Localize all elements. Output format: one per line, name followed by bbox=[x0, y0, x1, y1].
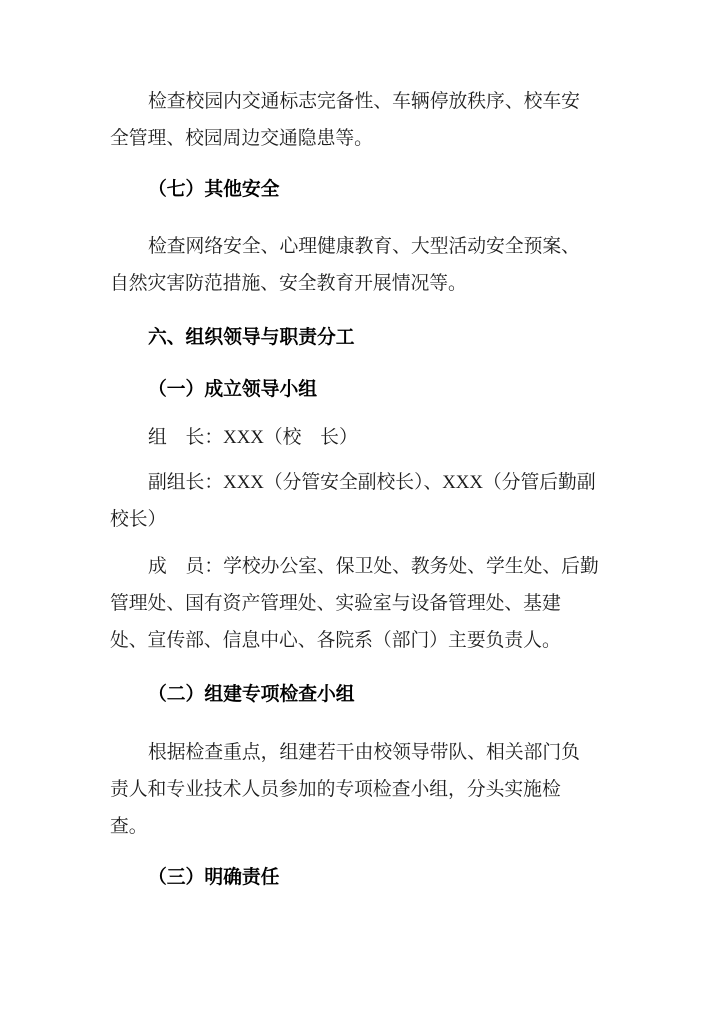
text-line: 组 长：XXX（校 长） bbox=[110, 419, 614, 456]
text-line: 成 员：学校办公室、保卫处、教务处、学生处、后勤 bbox=[110, 548, 614, 585]
text-line: 管理处、国有资产管理处、实验室与设备管理处、基建 bbox=[110, 585, 614, 622]
section-heading: （七）其他安全 bbox=[110, 171, 614, 208]
section-heading: （三）明确责任 bbox=[110, 859, 614, 896]
text-line: 副组长：XXX（分管安全副校长）、XXX（分管后勤副 bbox=[110, 464, 614, 501]
document-content: 检查校园内交通标志完备性、车辆停放秩序、校车安全管理、校园周边交通隐患等。（七）… bbox=[110, 83, 614, 896]
text-line: 处、宣传部、信息中心、各院系（部门）主要负责人。 bbox=[110, 622, 614, 659]
paragraph: 检查网络安全、心理健康教育、大型活动安全预案、自然灾害防范措施、安全教育开展情况… bbox=[110, 228, 614, 302]
heading-text-line: （三）明确责任 bbox=[110, 859, 614, 896]
paragraph: 副组长：XXX（分管安全副校长）、XXX（分管后勤副校长） bbox=[110, 464, 614, 538]
heading-text-line: （二）组建专项检查小组 bbox=[110, 676, 614, 713]
paragraph: 成 员：学校办公室、保卫处、教务处、学生处、后勤管理处、国有资产管理处、实验室与… bbox=[110, 548, 614, 659]
heading-text-line: （七）其他安全 bbox=[110, 171, 614, 208]
text-line: 校长） bbox=[110, 501, 614, 538]
section-heading: 六、组织领导与职责分工 bbox=[110, 319, 614, 356]
text-line: 查。 bbox=[110, 808, 614, 845]
paragraph: 根据检查重点，组建若干由校领导带队、相关部门负责人和专业技术人员参加的专项检查小… bbox=[110, 734, 614, 845]
text-line: 全管理、校园周边交通隐患等。 bbox=[110, 120, 614, 157]
section-heading: （一）成立领导小组 bbox=[110, 371, 614, 408]
paragraph: 组 长：XXX（校 长） bbox=[110, 419, 614, 456]
section-heading: （二）组建专项检查小组 bbox=[110, 676, 614, 713]
paragraph: 检查校园内交通标志完备性、车辆停放秩序、校车安全管理、校园周边交通隐患等。 bbox=[110, 83, 614, 157]
text-line: 责人和专业技术人员参加的专项检查小组，分头实施检 bbox=[110, 771, 614, 808]
text-line: 根据检查重点，组建若干由校领导带队、相关部门负 bbox=[110, 734, 614, 771]
document-page: 检查校园内交通标志完备性、车辆停放秩序、校车安全管理、校园周边交通隐患等。（七）… bbox=[0, 0, 724, 1024]
heading-text-line: 六、组织领导与职责分工 bbox=[110, 319, 614, 356]
heading-text-line: （一）成立领导小组 bbox=[110, 371, 614, 408]
text-line: 自然灾害防范措施、安全教育开展情况等。 bbox=[110, 265, 614, 302]
text-line: 检查校园内交通标志完备性、车辆停放秩序、校车安 bbox=[110, 83, 614, 120]
text-line: 检查网络安全、心理健康教育、大型活动安全预案、 bbox=[110, 228, 614, 265]
